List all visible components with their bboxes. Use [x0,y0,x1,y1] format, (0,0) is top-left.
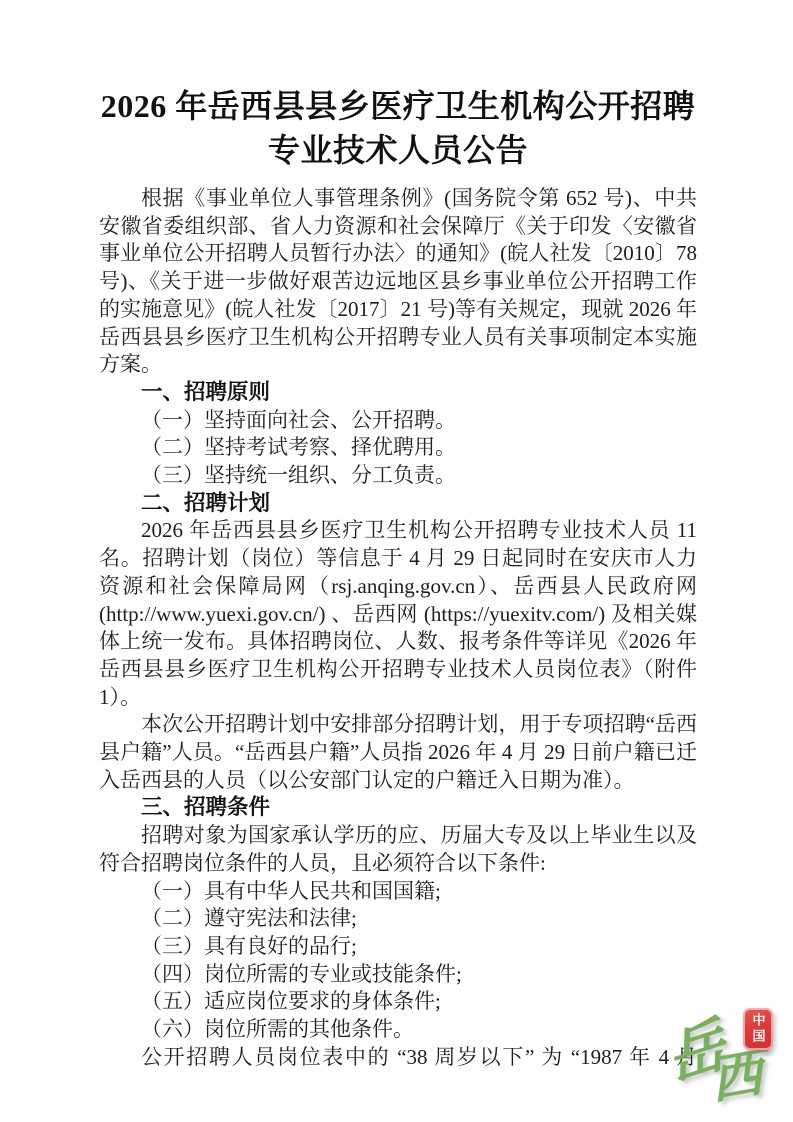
paragraph-hukou: 本次公开招聘计划中安排部分招聘计划，用于专项招聘“岳西县户籍”人员。“岳西县户籍… [99,711,697,794]
title-line-1: 2026 年岳西县县乡医疗卫生机构公开招聘 [101,88,696,124]
title-line-2: 专业技术人员公告 [268,132,528,168]
section-heading-3: 三、招聘条件 [99,794,697,822]
document-title: 2026 年岳西县县乡医疗卫生机构公开招聘 专业技术人员公告 [99,84,697,172]
list-item: （二）遵守宪法和法律; [99,905,697,933]
logo-calligraphy-xi-icon: 西 [709,1048,766,1109]
list-item: （一）具有中华人民共和国国籍; [99,878,697,906]
section-heading-2: 二、招聘计划 [99,490,697,518]
document-content: 2026 年岳西县县乡医疗卫生机构公开招聘 专业技术人员公告 根据《事业单位人事… [99,84,697,1072]
list-item: （四）岗位所需的专业或技能条件; [99,961,697,989]
document-page: 2026 年岳西县县乡医疗卫生机构公开招聘 专业技术人员公告 根据《事业单位人事… [0,0,793,1122]
list-item: （三）坚持统一组织、分工负责。 [99,462,697,490]
list-item: （五）适应岗位要求的身体条件; [99,988,697,1016]
list-item: （三）具有良好的品行; [99,933,697,961]
paragraph-plan: 2026 年岳西县县乡医疗卫生机构公开招聘专业技术人员 11 名。招聘计划（岗位… [99,517,697,711]
china-seal-icon: 中国 [743,1008,773,1050]
seal-label: 中国 [752,1013,765,1045]
paragraph-conditions: 招聘对象为国家承认学历的应、历届大专及以上毕业生以及符合招聘岗位条件的人员，且必… [99,822,697,877]
paragraph-age-cutoff: 公开招聘人员岗位表中的 “38 周岁以下” 为 “1987 年 4 月 [99,1044,697,1072]
list-item: （六）岗位所需的其他条件。 [99,1016,697,1044]
section-heading-1: 一、招聘原则 [99,379,697,407]
list-item: （一）坚持面向社会、公开招聘。 [99,407,697,435]
list-item: （二）坚持考试考察、择优聘用。 [99,434,697,462]
paragraph-intro: 根据《事业单位人事管理条例》(国务院令第 652 号)、中共安徽省委组织部、省人… [99,185,697,379]
